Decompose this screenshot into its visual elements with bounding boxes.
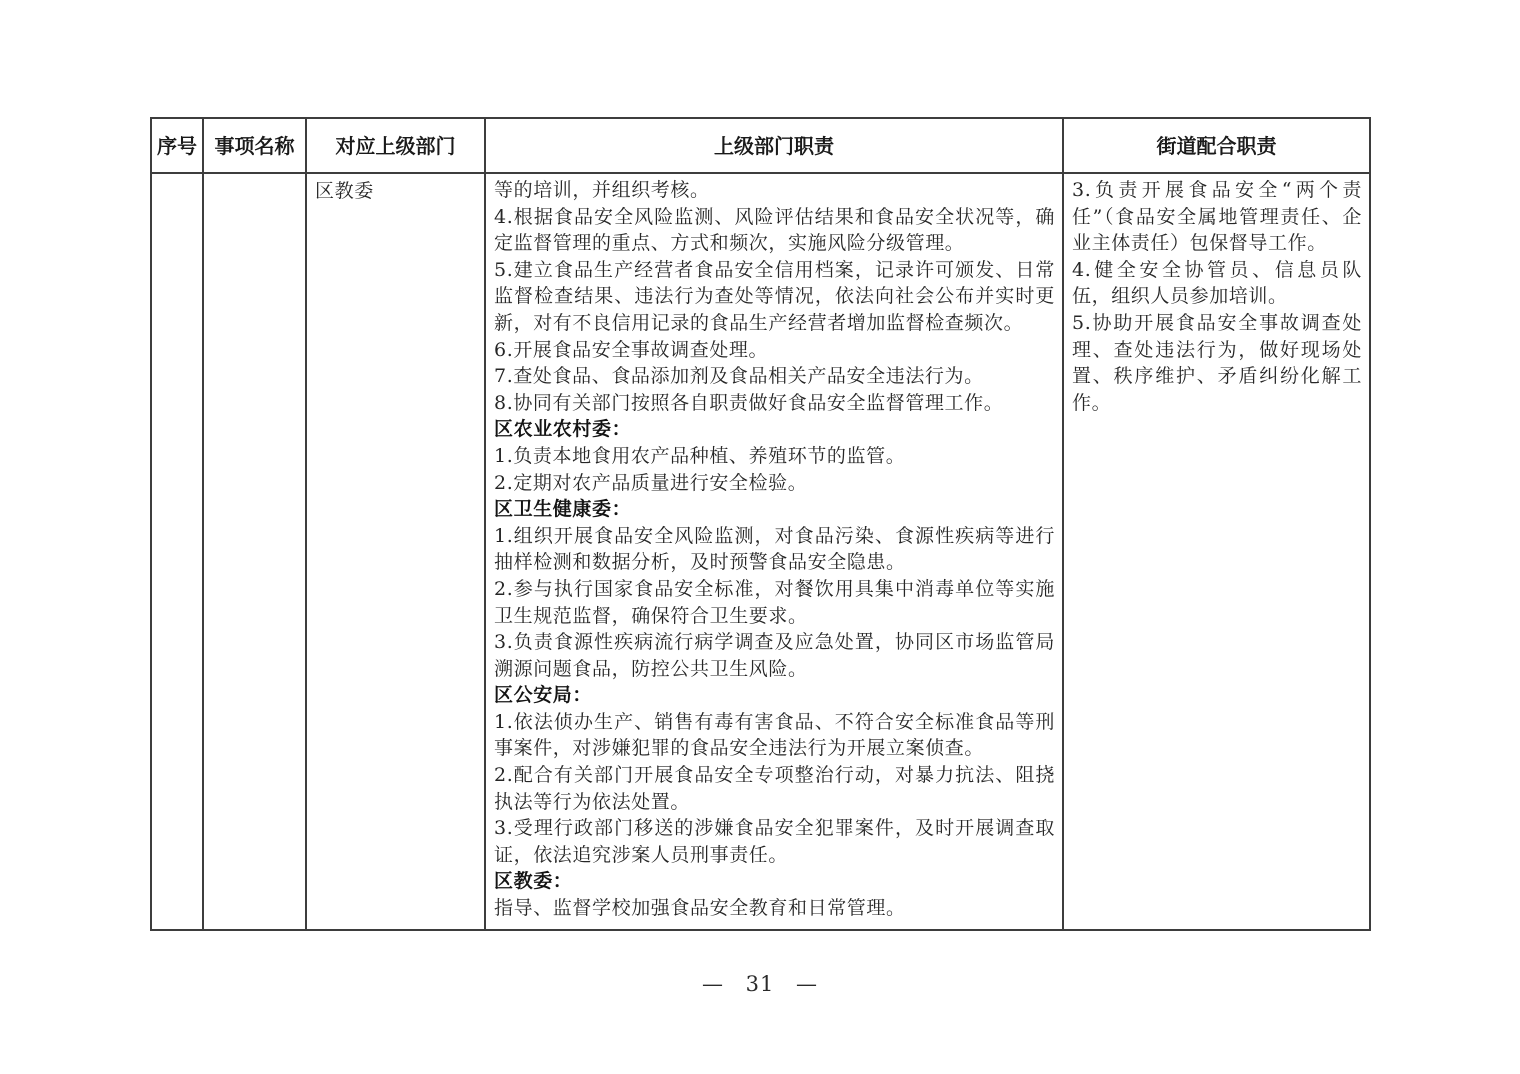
table-header-row: 序号 事项名称 对应上级部门 上级部门职责 街道配合职责 (151, 118, 1370, 173)
header-item-name: 事项名称 (203, 118, 306, 173)
duty-paragraph: 4.根据食品安全风险监测、风险评估结果和食品安全状况等，确定监督管理的重点、方式… (494, 204, 1055, 257)
cell-superior-department: 区教委 (306, 173, 485, 930)
duty-paragraph: 3.受理行政部门移送的涉嫌食品安全犯罪案件，及时开展调查取证，依法追究涉案人员刑… (494, 815, 1055, 868)
duty-paragraph: 3.负责食源性疾病流行病学调查及应急处置，协同区市场监管局溯源问题食品，防控公共… (494, 629, 1055, 682)
header-superior-duties: 上级部门职责 (485, 118, 1063, 173)
duty-paragraph: 3.负责开展食品安全“两个责任”（食品安全属地管理责任、企业主体责任）包保督导工… (1072, 177, 1362, 257)
duty-paragraph: 5.协助开展食品安全事故调查处理、查处违法行为，做好现场处置、秩序维护、矛盾纠纷… (1072, 310, 1362, 416)
duty-paragraph: 等的培训，并组织考核。 (494, 177, 1055, 204)
department-subheading: 区农业农村委： (494, 416, 1055, 443)
duty-paragraph: 6.开展食品安全事故调查处理。 (494, 337, 1055, 364)
duty-paragraph: 4.健全安全协管员、信息员队伍，组织人员参加培训。 (1072, 257, 1362, 310)
duty-paragraph: 2.参与执行国家食品安全标准，对餐饮用具集中消毒单位等实施卫生规范监督，确保符合… (494, 576, 1055, 629)
duty-paragraph: 1.依法侦办生产、销售有毒有害食品、不符合安全标准食品等刑事案件，对涉嫌犯罪的食… (494, 709, 1055, 762)
header-street-duties: 街道配合职责 (1063, 118, 1370, 173)
cell-superior-duties: 等的培训，并组织考核。4.根据食品安全风险监测、风险评估结果和食品安全状况等，确… (485, 173, 1063, 930)
duty-paragraph: 指导、监督学校加强食品安全教育和日常管理。 (494, 895, 1055, 922)
cell-item-name (203, 173, 306, 930)
table-row: 区教委 等的培训，并组织考核。4.根据食品安全风险监测、风险评估结果和食品安全状… (151, 173, 1370, 930)
department-subheading: 区教委： (494, 868, 1055, 895)
duty-paragraph: 7.查处食品、食品添加剂及食品相关产品安全违法行为。 (494, 363, 1055, 390)
document-page: 序号 事项名称 对应上级部门 上级部门职责 街道配合职责 区教委 等的培训，并组… (0, 0, 1520, 1074)
cell-seq-number (151, 173, 203, 930)
duty-paragraph: 2.定期对农产品质量进行安全检验。 (494, 470, 1055, 497)
cell-street-duties: 3.负责开展食品安全“两个责任”（食品安全属地管理责任、企业主体责任）包保督导工… (1063, 173, 1370, 930)
header-superior-department: 对应上级部门 (306, 118, 485, 173)
duty-paragraph: 2.配合有关部门开展食品安全专项整治行动，对暴力抗法、阻挠执法等行为依法处置。 (494, 762, 1055, 815)
page-number: — 31 — (0, 972, 1520, 996)
department-subheading: 区卫生健康委： (494, 496, 1055, 523)
duty-paragraph: 1.负责本地食用农产品种植、养殖环节的监管。 (494, 443, 1055, 470)
duty-paragraph: 5.建立食品生产经营者食品安全信用档案，记录许可颁发、日常监督检查结果、违法行为… (494, 257, 1055, 337)
duty-paragraph: 1.组织开展食品安全风险监测，对食品污染、食源性疾病等进行抽样检测和数据分析，及… (494, 523, 1055, 576)
duty-paragraph: 8.协同有关部门按照各自职责做好食品安全监督管理工作。 (494, 390, 1055, 417)
duties-table: 序号 事项名称 对应上级部门 上级部门职责 街道配合职责 区教委 等的培训，并组… (150, 117, 1371, 931)
department-subheading: 区公安局： (494, 682, 1055, 709)
header-seq-number: 序号 (151, 118, 203, 173)
